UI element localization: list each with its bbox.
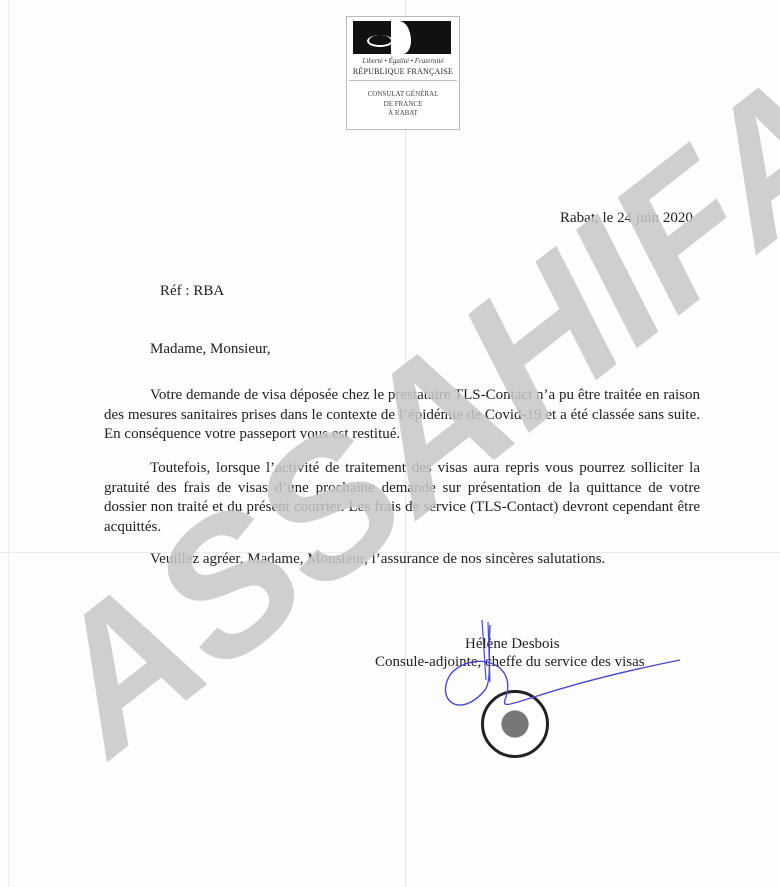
paragraph-2-text: Toutefois, lorsque l’activité de traitem…	[104, 460, 700, 535]
logo-divider	[349, 80, 457, 81]
signatory-title: Consule-adjointe, cheffe du service des …	[375, 654, 645, 671]
consulate-stamp-icon	[481, 690, 549, 758]
consulate-name: CONSULAT GÉNÉRAL DE FRANCE À RABAT	[347, 90, 459, 119]
paragraph-2: Toutefois, lorsque l’activité de traitem…	[104, 459, 700, 537]
letter-page: Liberté • Égalité • Fraternité RÉPUBLIQU…	[0, 0, 780, 887]
republic-name: RÉPUBLIQUE FRANÇAISE	[347, 67, 459, 76]
republique-francaise-logo: Liberté • Égalité • Fraternité RÉPUBLIQU…	[346, 16, 460, 130]
page-edge	[8, 0, 9, 887]
closing-formula: Veuillez agréer, Madame, Monsieur, l’ass…	[150, 551, 605, 568]
place-date: Rabat, le 24 juin 2020	[560, 210, 693, 227]
salutation: Madame, Monsieur,	[150, 341, 271, 358]
paragraph-1-text: Votre demande de visa déposée chez le pr…	[104, 387, 700, 442]
marianne-emblem-icon	[353, 21, 451, 54]
paragraph-1: Votre demande de visa déposée chez le pr…	[104, 386, 700, 445]
reference: Réf : RBA	[160, 283, 224, 300]
signatory-name: Hélène Desbois	[465, 636, 560, 653]
motto: Liberté • Égalité • Fraternité	[347, 57, 459, 65]
